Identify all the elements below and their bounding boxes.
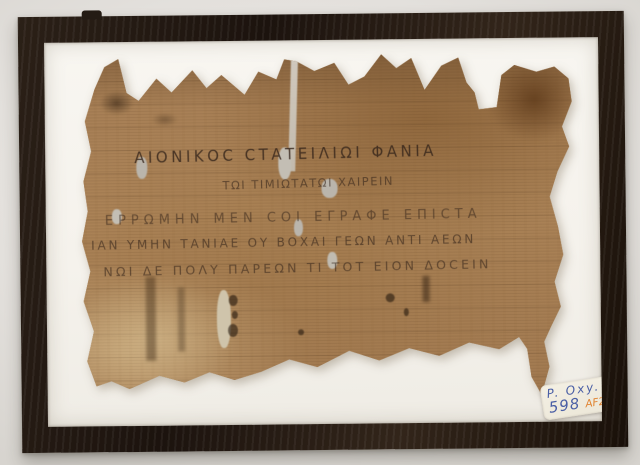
ink-stain xyxy=(298,329,304,335)
dark-stain-patch xyxy=(152,113,178,127)
papyrus-text-line-4: ΙΑΝ ΥΜΗΝ ΤΑΝΙΑΕ ΟΥ ΒΟΧΑΙ ΓΕΩΝ ΑΝΤΙ ΑΕΩΝ xyxy=(91,232,476,253)
mat-board: ΑΙΟΝΙΚΟC CΤΑΤΕΙΛΙΩΙ ΦΑΝΙΑ ΤΩΙ ΤΙΜΙΩΤΑΤΩΙ… xyxy=(44,37,602,427)
ink-stain xyxy=(386,293,395,302)
ink-stain xyxy=(229,295,238,306)
dark-stain-patch xyxy=(486,56,582,142)
stain-streak xyxy=(145,277,156,361)
papyrus-text-line-5: ΝΩΙ ΔΕ ΠΟΛΥ ΠΑΡΕΩΝ ΤΙ ΤΟΤ ΕΙΟΝ ΔΟCΕΙΝ xyxy=(103,256,491,279)
dark-stain-patch xyxy=(100,91,134,115)
photo-of-framed-papyrus: ΑΙΟΝΙΚΟC CΤΑΤΕΙΛΙΩΙ ΦΑΝΙΑ ΤΩΙ ΤΙΜΙΩΤΑΤΩΙ… xyxy=(0,0,640,465)
ink-stain xyxy=(404,308,409,316)
papyrus-surface: ΑΙΟΝΙΚΟC CΤΑΤΕΙΛΙΩΙ ΦΑΝΙΑ ΤΩΙ ΤΙΜΙΩΤΑΤΩΙ… xyxy=(71,46,580,403)
papyrus-text-line-2: ΤΩΙ ΤΙΜΙΩΤΑΤΩΙ ΧΑΙΡΕΙΝ xyxy=(222,174,394,193)
frame-hanger-tab xyxy=(82,10,102,19)
catalog-label-code: AF2 xyxy=(585,397,602,411)
papyrus-text-line-1: ΑΙΟΝΙΚΟC CΤΑΤΕΙΛΙΩΙ ΦΑΝΙΑ xyxy=(134,141,437,167)
catalog-label-number: 598 xyxy=(548,396,582,416)
stain-streak xyxy=(422,276,429,302)
ink-stain xyxy=(232,311,238,319)
picture-frame: ΑΙΟΝΙΚΟC CΤΑΤΕΙΛΙΩΙ ΦΑΝΙΑ ΤΩΙ ΤΙΜΙΩΤΑΤΩΙ… xyxy=(18,11,629,453)
papyrus-fragment: ΑΙΟΝΙΚΟC CΤΑΤΕΙΛΙΩΙ ΦΑΝΙΑ ΤΩΙ ΤΙΜΙΩΤΑΤΩΙ… xyxy=(71,46,580,403)
stain-streak xyxy=(178,287,186,351)
ink-stain xyxy=(228,324,238,337)
